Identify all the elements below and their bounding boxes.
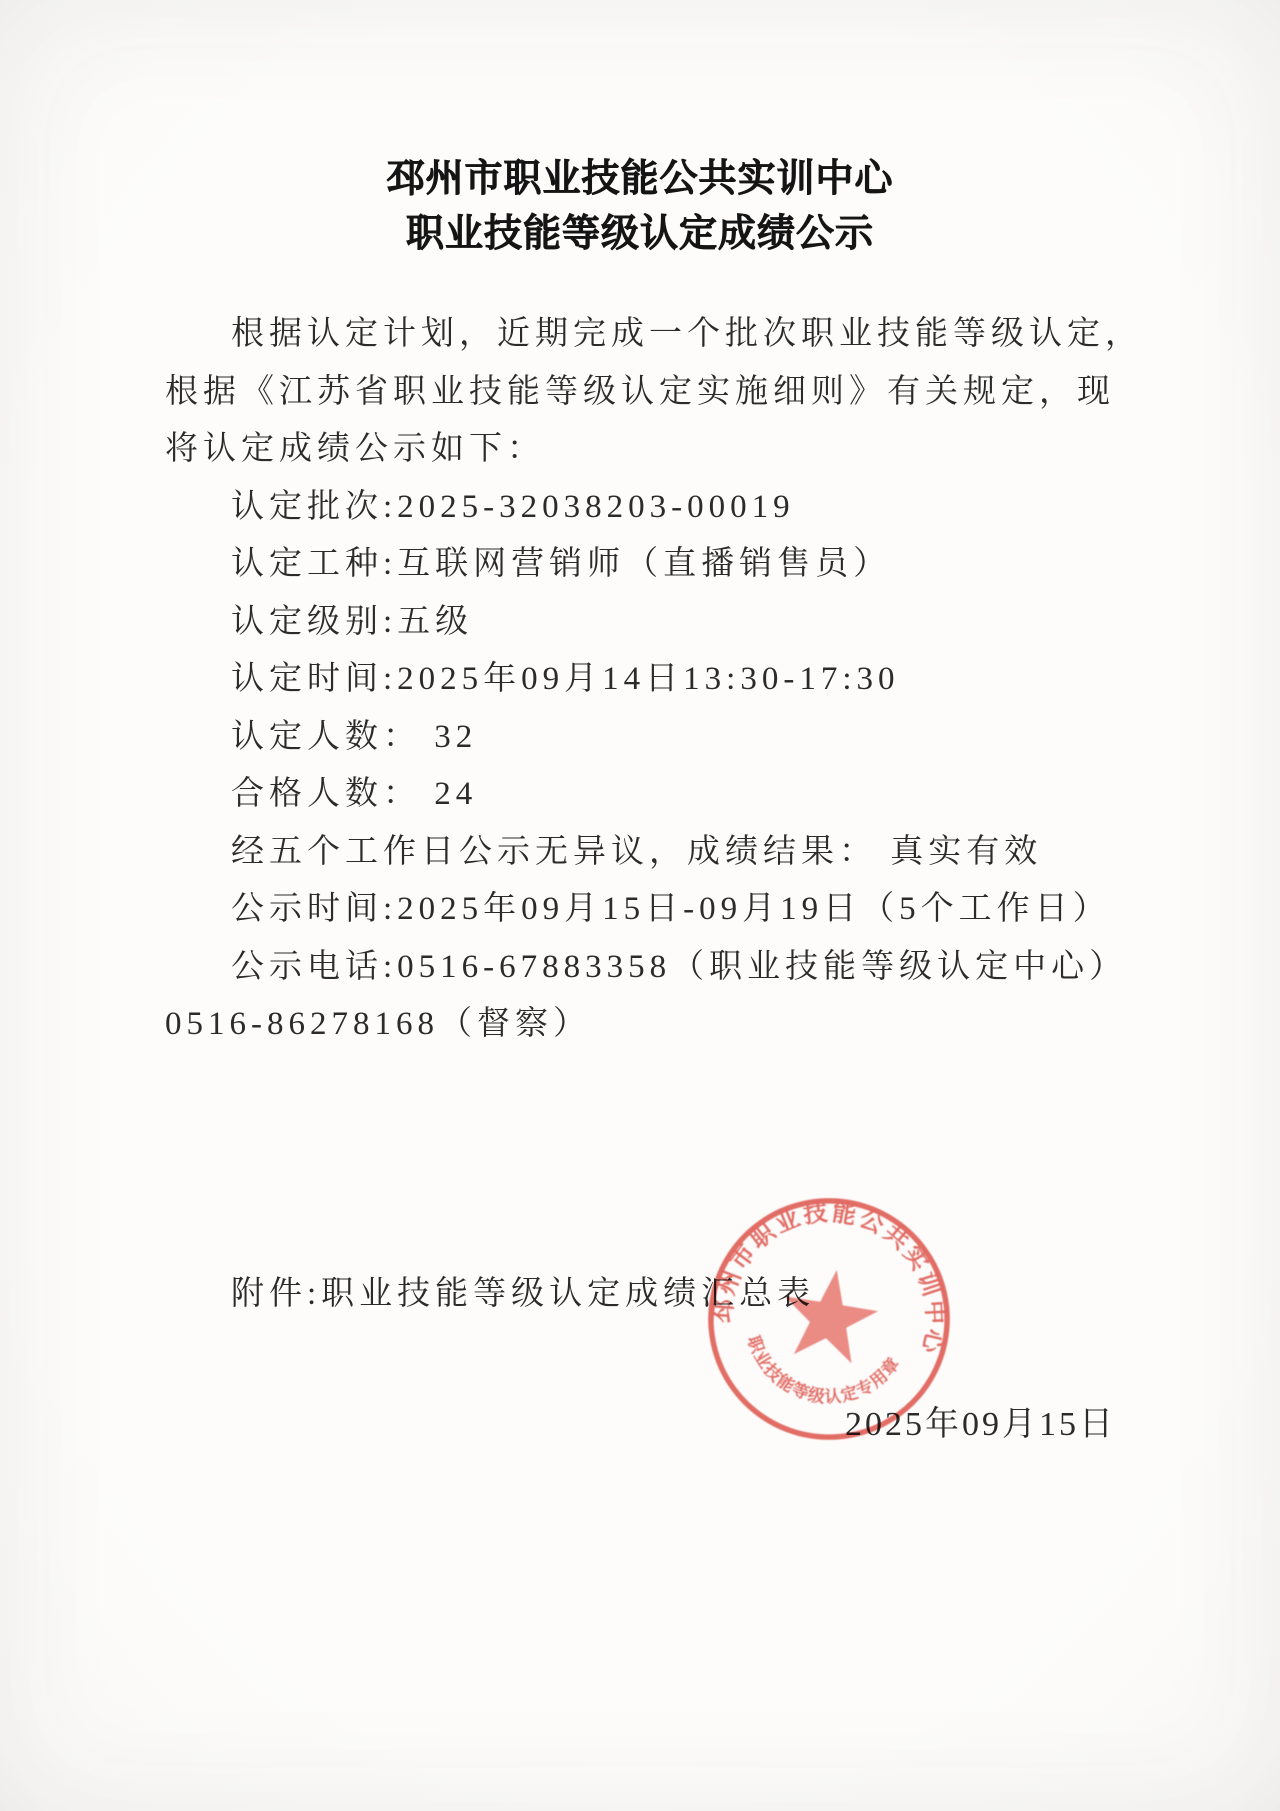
body-line: 公示时间:2025年09月15日-09月19日（5个工作日） — [165, 877, 1130, 935]
body-line: 经五个工作日公示无异议，成绩结果： 真实有效 — [165, 820, 1130, 878]
body-line: 将认定成绩公示如下： — [165, 417, 1130, 475]
title-line-2: 职业技能等级认定成绩公示 — [0, 207, 1280, 262]
body-line: 根据认定计划，近期完成一个批次职业技能等级认定， — [165, 302, 1130, 360]
title-line-1: 邳州市职业技能公共实训中心 — [0, 152, 1280, 207]
body-line: 认定时间:2025年09月14日13:30-17:30 — [165, 647, 1130, 705]
body-line: 认定级别:五级 — [165, 590, 1130, 648]
document-date: 2025年09月15日 — [845, 1396, 1116, 1445]
document-body: 根据认定计划，近期完成一个批次职业技能等级认定， 根据《江苏省职业技能等级认定实… — [165, 302, 1130, 1050]
body-line: 公示电话:0516-67883358（职业技能等级认定中心） — [165, 935, 1130, 993]
body-line: 根据《江苏省职业技能等级认定实施细则》有关规定，现 — [165, 360, 1130, 418]
body-line: 合格人数： 24 — [165, 762, 1130, 820]
body-line: 认定批次:2025-32038203-00019 — [165, 475, 1130, 533]
attachment-line: 附件:职业技能等级认定成绩汇总表 — [231, 1268, 815, 1313]
document-page: 邳州市职业技能公共实训中心 职业技能等级认定成绩公示 根据认定计划，近期完成一个… — [0, 0, 1280, 1811]
document-title: 邳州市职业技能公共实训中心 职业技能等级认定成绩公示 — [0, 152, 1280, 262]
body-line: 0516-86278168（督察） — [165, 992, 1130, 1050]
body-line: 认定工种:互联网营销师（直播销售员） — [165, 532, 1130, 590]
body-line: 认定人数： 32 — [165, 705, 1130, 763]
